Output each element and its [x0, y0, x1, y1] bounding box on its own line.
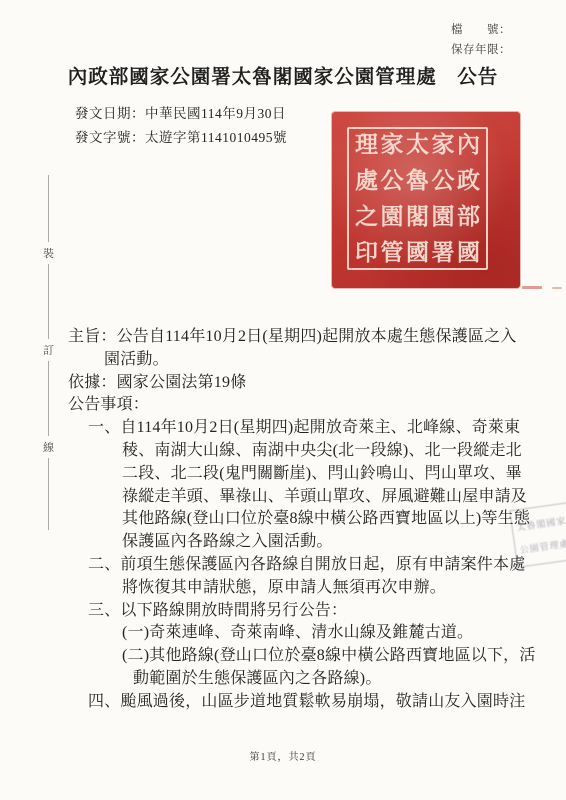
file-number-label: 檔 號： — [451, 20, 511, 40]
seal-column: 內政部國 — [456, 133, 481, 264]
body-line: 主旨：公告自114年10月2日(星期四)起開放本處生態保護區之入 — [68, 326, 554, 349]
body-line: 三、以下路線開放時間將另行公告： — [88, 600, 554, 623]
body-line: 保護區內各路線之入園活動。 — [122, 531, 554, 554]
doc-number: 發文字號：太遊字第1141010495號 — [75, 126, 287, 150]
official-red-seal: 內政部國家公園署太魯閣國家公園管理處之印 — [332, 112, 520, 288]
seal-text: 內政部國家公園署太魯閣國家公園管理處之印 — [347, 127, 488, 270]
body-line: 其他路線(登山口位於臺8線中橫公路西寶地區以上)等生態 — [122, 508, 554, 531]
seal-ink-smudge — [522, 286, 542, 289]
seal-column: 太魯閣國 — [405, 133, 430, 264]
body-line: 祿縱走羊頭、畢祿山、羊頭山單攻、屏風避難山屋申請及 — [122, 486, 554, 509]
issue-date: 發文日期：中華民國114年9月30日 — [75, 102, 287, 126]
seal-column: 家公園管 — [380, 133, 405, 264]
body-line: (一)奇萊連峰、奇萊南峰、清水山線及錐麓古道。 — [122, 622, 554, 645]
issue-meta-block: 發文日期：中華民國114年9月30日 發文字號：太遊字第1141010495號 — [75, 102, 287, 150]
seal-ink-smudge — [552, 287, 562, 289]
binding-mark: 裝 — [41, 242, 56, 264]
body-line: 四、颱風過後，山區步道地質鬆軟易崩塌，敬請山友入園時注 — [88, 691, 554, 714]
body-line: 稜、南湖大山線、南湖中央尖(北一段線)、北一段縱走北 — [122, 440, 554, 463]
body-line: 二、前項生態保護區內各路線自開放日起，原有申請案件本處 — [88, 554, 554, 577]
body-line: 將恢復其申請狀態，原申請人無須再次申辦。 — [122, 577, 554, 600]
body-line: (二)其他路線(登山口位於臺8線中橫公路西寶地區以下，活 — [122, 645, 554, 668]
body-line: 園活動。 — [104, 349, 554, 372]
page-title: 內政部國家公園署太魯閣國家公園管理處 公告 — [0, 61, 566, 89]
binding-mark: 訂 — [41, 339, 56, 361]
body-line: 二段、北二段(鬼門關斷崖)、閂山鈴鳴山、閂山單攻、畢 — [122, 463, 554, 486]
file-reference-block: 檔 號： 保存年限： — [451, 20, 511, 60]
faint-receipt-stamp: 太魯閣國家公園管理處 — [509, 502, 566, 568]
seal-column: 理處之印 — [354, 133, 379, 264]
body-line: 公告事項： — [68, 394, 554, 417]
page-number: 第1頁，共2頁 — [0, 748, 566, 763]
faint-stamp-row: 公園管理處 — [519, 536, 566, 556]
seal-column: 家公園署 — [431, 133, 456, 264]
binding-mark: 線 — [41, 436, 56, 458]
body-line: 一、自114年10月2日(星期四)起開放奇萊主、北峰線、奇萊東 — [88, 417, 554, 440]
body-line: 依據：國家公園法第19條 — [68, 372, 554, 395]
document-page: 檔 號： 保存年限： 內政部國家公園署太魯閣國家公園管理處 公告 發文日期：中華… — [0, 0, 566, 800]
faint-stamp-row: 太魯閣國家 — [516, 514, 566, 534]
retention-period-label: 保存年限： — [451, 40, 511, 60]
body-line: 動範圍於生態保護區內之各路線)。 — [133, 668, 554, 691]
body-lines: 主旨：公告自114年10月2日(星期四)起開放本處生態保護區之入園活動。依據：國… — [68, 326, 554, 714]
